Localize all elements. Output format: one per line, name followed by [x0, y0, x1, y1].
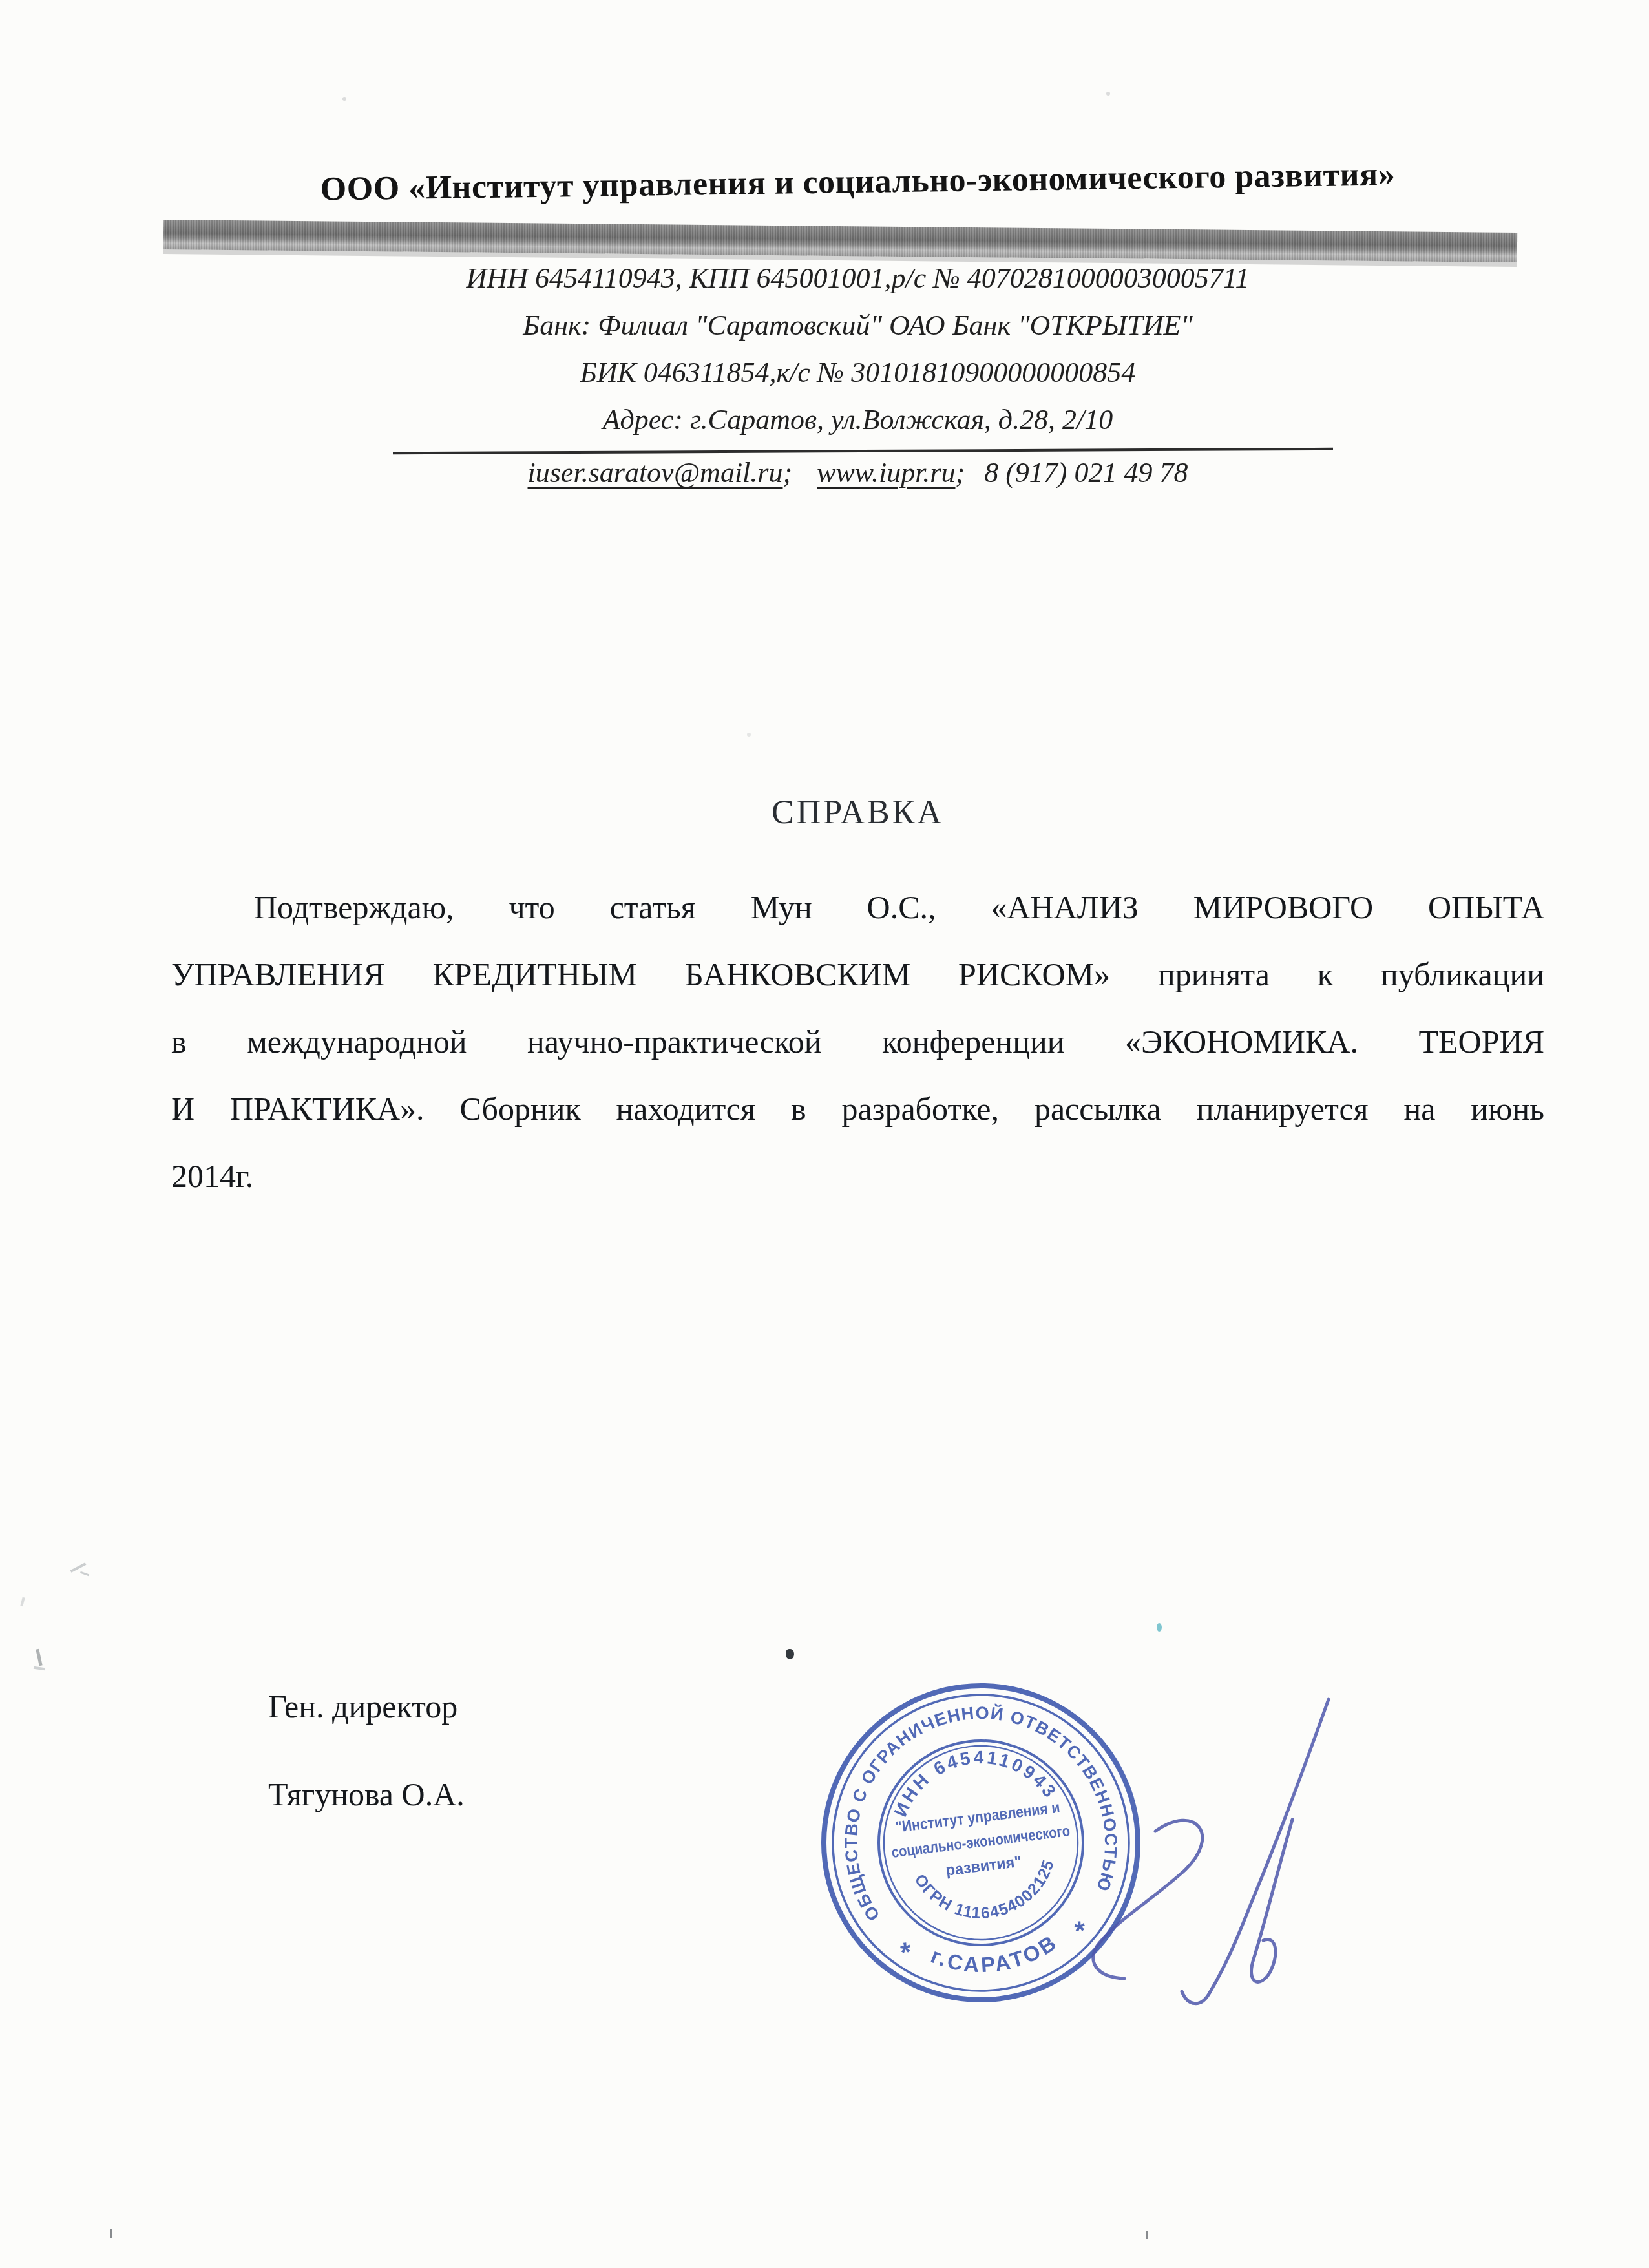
scan-artifact: [747, 733, 751, 737]
signature-stroke: [1210, 1699, 1329, 1993]
signature-name: Тягунова О.А.: [268, 1776, 465, 1813]
detail-line-inn-kpp: ИНН 6454110943, КПП 645001001,р/с № 4070…: [171, 255, 1544, 302]
body-line: УПРАВЛЕНИЯ КРЕДИТНЫМ БАНКОВСКИМ РИСКОМ» …: [171, 941, 1544, 1008]
signature-stroke: [1182, 1991, 1210, 2004]
scan-artifact: [1157, 1623, 1162, 1632]
separator-semicolon: ;: [956, 457, 965, 488]
scan-artifact: [34, 1666, 45, 1670]
signature-stroke: [1252, 1820, 1292, 1982]
company-title: ООО «Институт управления и социально-эко…: [171, 153, 1545, 211]
scan-artifact: [36, 1649, 42, 1666]
website-text: www.iupr.ru: [817, 457, 955, 488]
detail-line-bik: БИК 046311854,к/с № 30101810900000000854: [171, 349, 1544, 396]
stamp-org-name-line3: развития": [945, 1853, 1022, 1880]
letterhead-details: ИНН 6454110943, КПП 645001001,р/с № 4070…: [171, 255, 1544, 443]
scanned-document-page: ООО «Институт управления и социально-эко…: [0, 0, 1649, 2268]
scan-artifact: [1106, 92, 1110, 96]
detail-line-bank: Банк: Филиал "Саратовский" ОАО Банк "ОТК…: [171, 302, 1544, 349]
round-stamp: ОБЩЕСТВО С ОГРАНИЧЕННОЙ ОТВЕТСТВЕННОСТЬЮ…: [806, 1668, 1156, 2018]
scan-artifact: [80, 1571, 89, 1577]
body-line: Подтверждаю, что статья Мун О.С., «АНАЛИ…: [171, 874, 1544, 941]
body-line: 2014г.: [171, 1142, 1544, 1210]
detail-line-address: Адрес: г.Саратов, ул.Волжская, д.28, 2/1…: [171, 396, 1544, 443]
stamp-and-signature: ОБЩЕСТВО С ОГРАНИЧЕННОЙ ОТВЕТСТВЕННОСТЬЮ…: [793, 1655, 1401, 2069]
separator-semicolon: ;: [782, 457, 792, 488]
scan-artifact: [70, 1562, 87, 1573]
scan-artifact: [110, 2229, 112, 2238]
stamp-asterisk-right: *: [1073, 1915, 1088, 1946]
signature-role: Ген. директор: [268, 1688, 457, 1725]
document-title: СПРАВКА: [171, 793, 1544, 832]
stamp-asterisk-left: *: [899, 1937, 914, 1968]
letterhead-contacts: iuser.saratov@mail.ru;www.iupr.ru;8 (917…: [171, 456, 1544, 489]
phone-text: 8 (917) 021 49 78: [984, 457, 1188, 488]
scan-artifact: [342, 97, 346, 101]
letterhead-rule: [393, 448, 1333, 454]
scan-artifact: [786, 1649, 794, 1659]
body-paragraph: Подтверждаю, что статья Мун О.С., «АНАЛИ…: [171, 874, 1544, 1210]
body-line: И ПРАКТИКА». Сборник находится в разрабо…: [171, 1075, 1544, 1142]
email-text: iuser.saratov@mail.ru: [528, 457, 783, 488]
body-line: в международной научно-практической конф…: [171, 1008, 1544, 1075]
scan-artifact: [1146, 2231, 1148, 2239]
scan-artifact: [20, 1597, 25, 1607]
